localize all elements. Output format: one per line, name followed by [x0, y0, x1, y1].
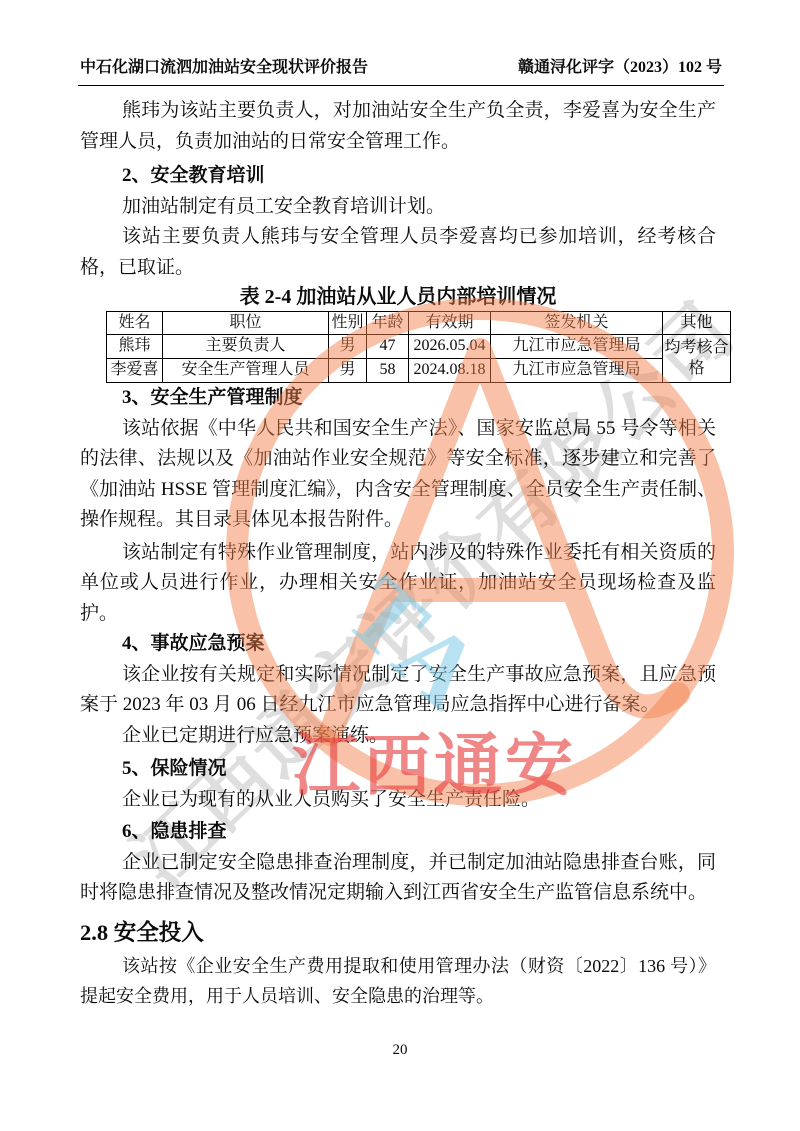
- subheading-emergency: 4、事故应急预案: [80, 629, 716, 660]
- paragraph-responsible-person: 熊玮为该站主要负责人，对加油站安全生产负全责，李爱喜为安全生产管理人员，负责加油…: [80, 96, 716, 157]
- table-header-row: 姓名 职位 性别 年龄 有效期 签发机关 其他: [107, 312, 731, 335]
- cell-age: 58: [367, 359, 409, 383]
- cell-name: 熊玮: [107, 335, 163, 359]
- subheading-insurance: 5、保险情况: [80, 754, 716, 785]
- cell-validity: 2024.08.18: [409, 359, 491, 383]
- cell-validity: 2026.05.04: [409, 335, 491, 359]
- col-header-other: 其他: [663, 312, 731, 335]
- col-header-gender: 性别: [329, 312, 367, 335]
- col-header-name: 姓名: [107, 312, 163, 335]
- col-header-position: 职位: [163, 312, 329, 335]
- col-header-issuer: 签发机关: [491, 312, 663, 335]
- table-row: 熊玮 主要负责人 男 47 2026.05.04 九江市应急管理局 均考核合格: [107, 335, 731, 359]
- col-header-validity: 有效期: [409, 312, 491, 335]
- cell-other-merged: 均考核合格: [663, 335, 731, 383]
- doc-number: 赣通浔化评字（2023）102 号: [518, 58, 722, 78]
- paragraph-drill: 企业已定期进行应急预案演练。: [80, 721, 716, 752]
- cell-gender: 男: [329, 335, 367, 359]
- cell-age: 47: [367, 335, 409, 359]
- subheading-safety-training: 2、安全教育培训: [80, 161, 716, 192]
- cell-position: 主要负责人: [163, 335, 329, 359]
- paragraph-training-done: 该站主要负责人熊玮与安全管理人员李爱喜均已参加培训，经考核合格，已取证。: [80, 222, 716, 283]
- paragraph-training-plan: 加油站制定有员工安全教育培训计划。: [80, 192, 716, 223]
- subheading-hidden-danger: 6、隐患排查: [80, 817, 716, 848]
- cell-gender: 男: [329, 359, 367, 383]
- page-header: 中石化湖口流泗加油站安全现状评价报告 赣通浔化评字（2023）102 号: [80, 58, 722, 78]
- paragraph-mgmt-system: 该站依据《中华人民共和国安全生产法》、国家安监总局 55 号令等相关的法律、法规…: [80, 414, 716, 536]
- cell-issuer: 九江市应急管理局: [491, 359, 663, 383]
- paragraph-special-work: 该站制定有特殊作业管理制度，站内涉及的特殊作业委托有相关资质的单位或人员进行作业…: [80, 538, 716, 630]
- col-header-age: 年龄: [367, 312, 409, 335]
- cell-name: 李爱喜: [107, 359, 163, 383]
- paragraph-safety-investment: 该站按《企业安全生产费用提取和使用管理办法（财资〔2022〕136 号）》提起安…: [80, 951, 716, 1012]
- report-title: 中石化湖口流泗加油站安全现状评价报告: [80, 58, 368, 78]
- paragraph-hidden-danger: 企业已制定安全隐患排查治理制度，并已制定加油站隐患排查台账，同时将隐患排查情况及…: [80, 848, 716, 909]
- paragraph-emergency: 该企业按有关规定和实际情况制定了安全生产事故应急预案，且应急预案于 2023 年…: [80, 660, 716, 721]
- document-page: 江西通安评价有限公司 中石化湖口流泗加油站安全现状评价报告 赣通浔化评字（202…: [0, 0, 800, 1131]
- table-caption: 表 2-4 加油站从业人员内部培训情况: [80, 283, 716, 311]
- table-row: 李爱喜 安全生产管理人员 男 58 2024.08.18 九江市应急管理局: [107, 359, 731, 383]
- page-number: 20: [0, 1042, 800, 1059]
- cell-issuer: 九江市应急管理局: [491, 335, 663, 359]
- training-table: 姓名 职位 性别 年龄 有效期 签发机关 其他 熊玮 主要负责人 男 47 20…: [106, 311, 731, 383]
- section-heading-safety-investment: 2.8 安全投入: [80, 917, 716, 949]
- document-body: 熊玮为该站主要负责人，对加油站安全生产负全责，李爱喜为安全生产管理人员，负责加油…: [80, 96, 716, 1012]
- cell-position: 安全生产管理人员: [163, 359, 329, 383]
- paragraph-insurance: 企业已为现有的从业人员购买了安全生产责任险。: [80, 785, 716, 816]
- header-divider: [78, 85, 724, 86]
- subheading-mgmt-system: 3、安全生产管理制度: [80, 383, 716, 414]
